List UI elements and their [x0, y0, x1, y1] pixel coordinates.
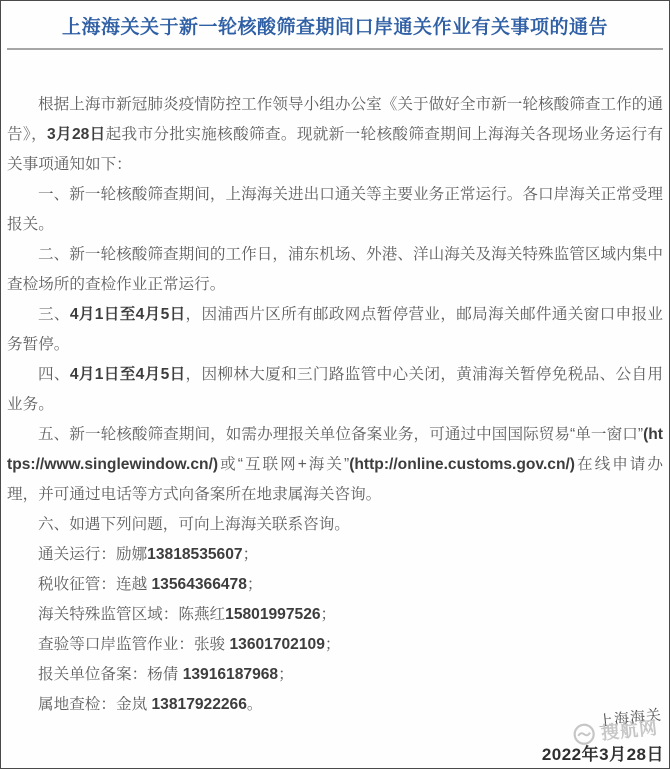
item-4: 四、4月1日至4月5日，因柳林大厦和三门路监管中心关闭，黄浦海关暂停免税品、公自… [7, 360, 663, 420]
item-3: 三、4月1日至4月5日，因浦西片区所有邮政网点暂停营业，邮局海关邮件通关窗口申报… [7, 300, 663, 360]
text-segment: 起我市分批实施核酸筛查。现就新一轮核酸筛查期间上海海关各现场业务运行有关事项通知… [7, 126, 663, 173]
contact-line: 税收征管：连越 13564366478； [7, 570, 663, 600]
signature-block: 上海海关 搜航网 2022年3月28日 [514, 707, 664, 765]
text-segment: 通关运行：励娜 [38, 546, 147, 563]
contact-line: 报关单位备案：杨倩 13916187968； [7, 660, 663, 690]
text-segment: 报关单位备案：杨倩 [38, 666, 183, 683]
text-segment: 税收征管：连越 [38, 576, 152, 593]
item-2: 二、新一轮核酸筛查期间的工作日，浦东机场、外港、洋山海关及海关特殊监管区域内集中… [7, 240, 663, 300]
intro-paragraph: 根据上海市新冠肺炎疫情防控工作领导小组办公室《关于做好全市新一轮核酸筛查工作的通… [7, 90, 663, 180]
date-text: 4月1日至4月5日 [70, 366, 186, 383]
text-segment: 五、新一轮核酸筛查期间，如需办理报关单位备案业务，可通过中国国际贸易“单一窗口” [38, 426, 643, 443]
contact-line: 通关运行：励娜13818535607； [7, 540, 663, 570]
phone-number: 13601702109 [229, 636, 324, 653]
text-segment: 。 [247, 696, 263, 713]
text-segment: ； [247, 576, 263, 593]
notice-page: 上海海关关于新一轮核酸筛查期间口岸通关作业有关事项的通告 根据上海市新冠肺炎疫情… [0, 0, 670, 769]
date-text: 3月28日 [47, 126, 106, 143]
text-segment: 二、新一轮核酸筛查期间的工作日，浦东机场、外港、洋山海关及海关特殊监管区域内集中… [7, 246, 663, 293]
text-segment: 一、新一轮核酸筛查期间，上海海关进出口通关等主要业务正常运行。各口岸海关正常受理… [7, 186, 663, 233]
item-1: 一、新一轮核酸筛查期间，上海海关进出口通关等主要业务正常运行。各口岸海关正常受理… [7, 180, 663, 240]
phone-number: 15801997526 [225, 606, 320, 623]
phone-number: 13564366478 [152, 576, 247, 593]
contact-line: 海关特殊监管区域：陈燕红15801997526； [7, 600, 663, 630]
text-segment: ； [321, 606, 337, 623]
contact-line: 查验等口岸监管作业：张骏 13601702109； [7, 630, 663, 660]
text-segment: ； [325, 636, 341, 653]
page-title: 上海海关关于新一轮核酸筛查期间口岸通关作业有关事项的通告 [7, 1, 663, 48]
text-segment: 查验等口岸监管作业：张骏 [38, 636, 229, 653]
phone-number: 13818535607 [147, 546, 242, 563]
item-5: 五、新一轮核酸筛查期间，如需办理报关单位备案业务，可通过中国国际贸易“单一窗口”… [7, 420, 663, 510]
date-text: 4月1日至4月5日 [70, 306, 186, 323]
phone-number: 13916187968 [183, 666, 278, 683]
text-segment: 或“互联网+海关” [218, 456, 349, 473]
notice-body: 根据上海市新冠肺炎疫情防控工作领导小组办公室《关于做好全市新一轮核酸筛查工作的通… [7, 50, 663, 720]
watermark-logo-icon [571, 721, 597, 747]
text-segment: ； [243, 546, 259, 563]
text-segment: 四、 [38, 366, 70, 383]
url-text: (http://online.customs.gov.cn/) [349, 456, 575, 473]
item-6: 六、如遇下列问题，可向上海海关联系咨询。 [7, 510, 663, 540]
text-segment: 三、 [38, 306, 70, 323]
phone-number: 13817922266 [152, 696, 247, 713]
text-segment: 海关特殊监管区域：陈燕红 [38, 606, 225, 623]
text-segment: 六、如遇下列问题，可向上海海关联系咨询。 [38, 516, 350, 533]
text-segment: ； [278, 666, 294, 683]
text-segment: 属地查检：金岚 [38, 696, 152, 713]
